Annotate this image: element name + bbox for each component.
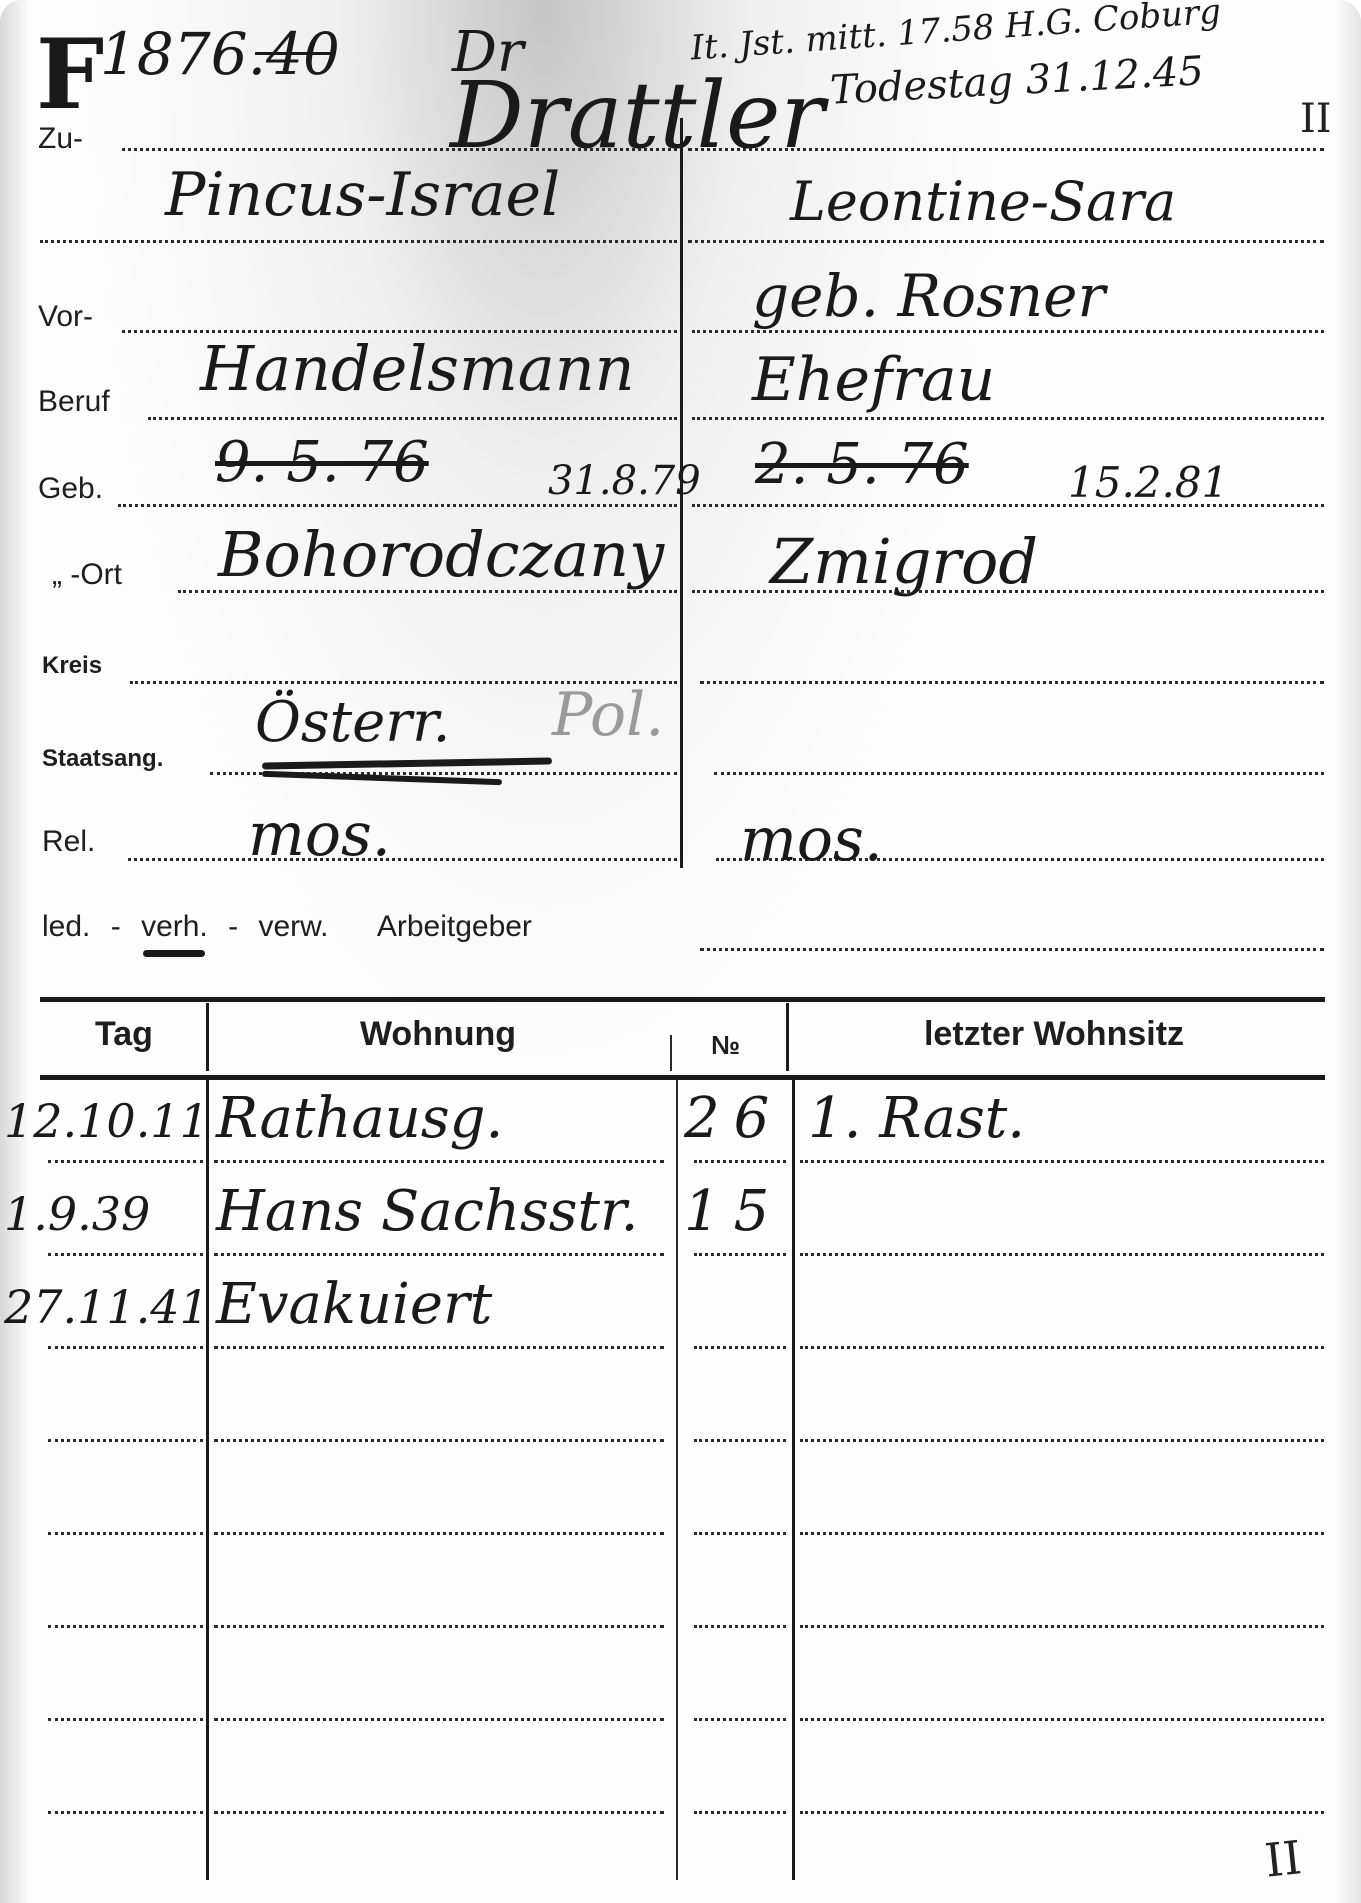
- cell-address: Evakuiert: [216, 1272, 492, 1337]
- row-line-number: [694, 1346, 786, 1349]
- header-date: Tag: [40, 1015, 208, 1054]
- row-line-date: [48, 1811, 203, 1814]
- husband-religion: mos.: [248, 800, 391, 870]
- death-note: Todestag 31.12.45: [829, 48, 1205, 114]
- line-name-cont-right: [688, 240, 1324, 243]
- roman-numeral-bottom: II: [1262, 1830, 1304, 1888]
- row-line-number: [694, 1160, 786, 1163]
- husband-birth-date: 31.8.79: [548, 458, 701, 504]
- cell-number: 26: [684, 1086, 783, 1151]
- row-line-address: [214, 1532, 664, 1535]
- label-occupation: Beruf: [38, 385, 110, 419]
- row-line-date: [48, 1346, 203, 1349]
- table-top-rule: [40, 997, 1325, 1002]
- row-line-previous: [800, 1811, 1324, 1814]
- row-line-date: [48, 1718, 203, 1721]
- roman-numeral-top: II: [1300, 96, 1332, 142]
- line-first-name-right: [692, 330, 1324, 333]
- citizenship-underline-stroke: [262, 757, 552, 769]
- marital-separator: -: [111, 910, 121, 943]
- cell-address: Rathausg.: [216, 1086, 503, 1151]
- table-divider-date: [206, 1080, 209, 1880]
- surname-value: Drattler: [450, 62, 824, 169]
- cell-date: 1.9.39: [4, 1187, 150, 1241]
- row-line-previous: [800, 1346, 1324, 1349]
- row-line-date: [48, 1160, 203, 1163]
- row-line-number: [694, 1811, 786, 1814]
- marital-status-row: led. - verh. - verw. Arbeitgeber: [42, 910, 532, 944]
- husband-birth-date-struck: 9. 5. 76: [215, 430, 429, 495]
- table-divider-number-head: [670, 1035, 672, 1071]
- wife-birth-date: 15.2.81: [1068, 458, 1228, 507]
- line-district-right: [700, 681, 1324, 684]
- cell-previous-residence: 1. Rast.: [808, 1086, 1025, 1151]
- row-line-previous: [800, 1160, 1324, 1163]
- row-line-number: [694, 1625, 786, 1628]
- cell-date: 12.10.11: [4, 1094, 209, 1148]
- line-occupation-left: [148, 417, 677, 420]
- row-line-previous: [800, 1532, 1324, 1535]
- row-line-address: [214, 1346, 664, 1349]
- row-line-date: [48, 1439, 203, 1442]
- line-name-cont-left: [40, 240, 677, 243]
- label-religion: Rel.: [42, 825, 95, 859]
- table-divider-prev-head: [786, 1003, 789, 1071]
- row-line-number: [694, 1253, 786, 1256]
- line-religion-left: [128, 858, 677, 861]
- husband-occupation: Handelsmann: [200, 332, 635, 405]
- row-line-number: [694, 1718, 786, 1721]
- label-first-name: Vor-: [38, 300, 93, 334]
- label-birth-date: Geb.: [38, 472, 103, 506]
- row-line-date: [48, 1532, 203, 1535]
- table-divider-number: [676, 1080, 678, 1880]
- cell-address: Hans Sachsstr.: [216, 1179, 638, 1244]
- husband-first-name: Pincus-Israel: [165, 160, 560, 230]
- row-line-address: [214, 1811, 664, 1814]
- label-employer: Arbeitgeber: [377, 910, 532, 943]
- line-citizenship-right: [714, 772, 1324, 775]
- row-line-address: [214, 1439, 664, 1442]
- label-citizenship: Staatsang.: [42, 745, 163, 773]
- husband-citizenship-note: Pol.: [552, 680, 664, 750]
- line-surname-right: [688, 148, 1324, 151]
- index-mark: F: [36, 18, 104, 131]
- wife-religion: mos.: [740, 805, 883, 875]
- line-birth-date-right: [692, 504, 1324, 507]
- cell-number: 15: [684, 1179, 783, 1244]
- table-divider-prev: [792, 1080, 795, 1880]
- marital-separator-2: -: [228, 910, 238, 943]
- wife-occupation: Ehefrau: [752, 345, 995, 415]
- wife-birth-date-struck: 2. 5. 76: [755, 432, 969, 497]
- table-divider-date-head: [206, 1003, 209, 1071]
- wife-birth-place: Zmigrod: [770, 525, 1038, 598]
- header-number: №: [668, 1030, 783, 1061]
- file-number-dash: [255, 52, 335, 55]
- table-header-rule: [40, 1075, 1325, 1080]
- row-line-address: [214, 1160, 664, 1163]
- wife-maiden-name: geb. Rosner: [752, 262, 1105, 330]
- header-address: Wohnung: [208, 1015, 668, 1054]
- wife-first-name: Leontine-Sara: [790, 170, 1176, 233]
- marital-widowed: verw.: [258, 910, 328, 943]
- header-previous-residence: letzter Wohnsitz: [783, 1015, 1325, 1054]
- row-line-previous: [800, 1625, 1324, 1628]
- marital-married-underline: [143, 950, 205, 957]
- row-line-previous: [800, 1253, 1324, 1256]
- row-line-date: [48, 1625, 203, 1628]
- line-occupation-right: [692, 417, 1324, 420]
- marital-single: led.: [42, 910, 90, 943]
- husband-birth-place: Bohorodczany: [218, 518, 664, 591]
- label-district: Kreis: [42, 652, 102, 680]
- row-line-number: [694, 1439, 786, 1442]
- label-surname: Zu-: [38, 122, 83, 156]
- marital-married-label: verh.: [141, 910, 208, 943]
- row-line-date: [48, 1253, 203, 1256]
- line-birth-date-left: [118, 504, 677, 507]
- line-surname-left: [122, 148, 677, 151]
- line-employer: [700, 948, 1324, 951]
- cell-date: 27.11.41: [4, 1280, 209, 1334]
- row-line-previous: [800, 1718, 1324, 1721]
- registration-card: F 1876.40 Dr Drattler It. Jst. mitt. 17.…: [0, 0, 1361, 1903]
- marital-married: verh.: [141, 910, 216, 943]
- row-line-address: [214, 1625, 664, 1628]
- row-line-previous: [800, 1439, 1324, 1442]
- label-birth-place: „ -Ort: [52, 558, 122, 592]
- husband-citizenship: Österr.: [255, 690, 450, 755]
- row-line-number: [694, 1532, 786, 1535]
- row-line-address: [214, 1253, 664, 1256]
- row-line-address: [214, 1718, 664, 1721]
